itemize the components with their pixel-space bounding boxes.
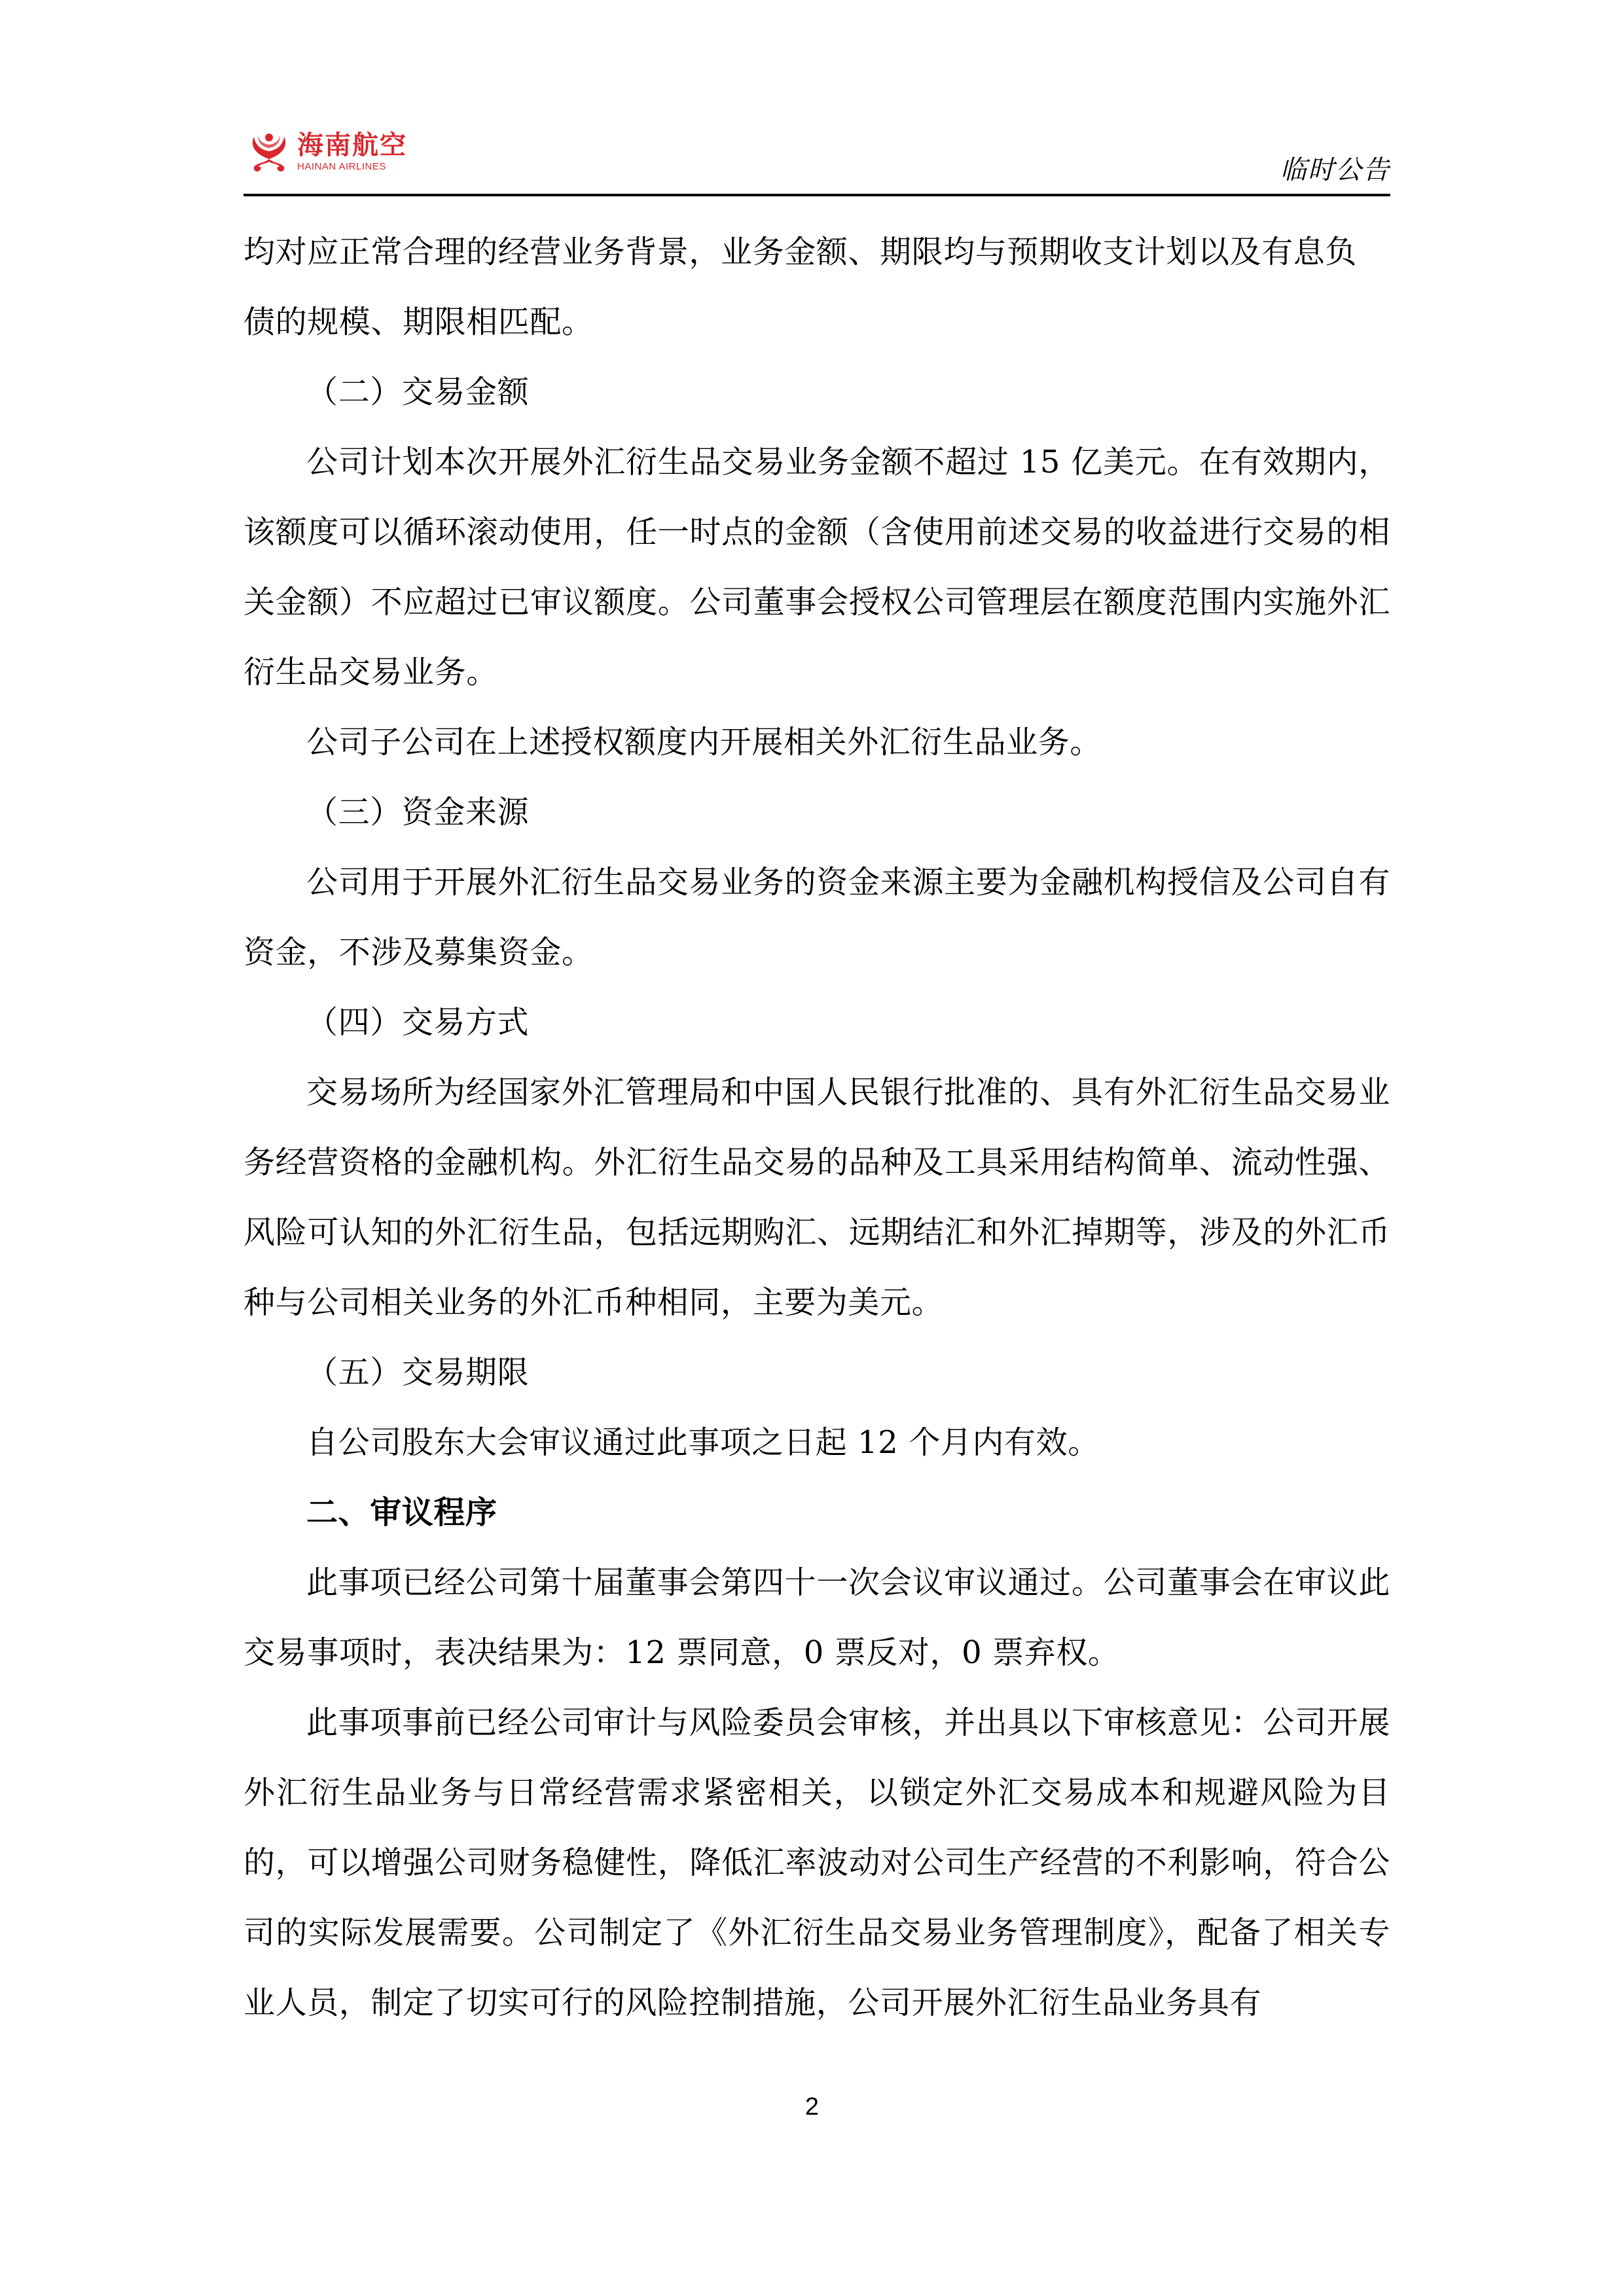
- paragraph: 公司子公司在上述授权额度内开展相关外汇衍生品业务。: [244, 708, 1390, 778]
- subsection-heading-amount: （二）交易金额: [244, 357, 1390, 427]
- document-type-label: 临时公告: [1280, 149, 1390, 187]
- paragraph: 交易场所为经国家外汇管理局和中国人民银行批准的、具有外汇衍生品交易业务经营资格的…: [244, 1058, 1390, 1338]
- page-number: 2: [0, 2093, 1624, 2121]
- logo-name-en: HAINAN AIRLINES: [297, 162, 407, 171]
- subsection-funding-source-body: 公司用于开展外汇衍生品交易业务的资金来源主要为金融机构授信及公司自有资金，不涉及…: [244, 848, 1390, 988]
- logo-name-cn: 海南航空: [297, 132, 407, 158]
- paragraph: 公司用于开展外汇衍生品交易业务的资金来源主要为金融机构授信及公司自有资金，不涉及…: [244, 848, 1390, 988]
- subsection-heading-funding-source: （三）资金来源: [244, 778, 1390, 848]
- subsection-heading-term: （五）交易期限: [244, 1338, 1390, 1408]
- header-divider: [244, 194, 1390, 196]
- subsection-amount-body: 公司计划本次开展外汇衍生品交易业务金额不超过 15 亿美元。在有效期内，该额度可…: [244, 427, 1390, 778]
- continuation-line: 均对应正常合理的经营业务背景，业务金额、期限均与预期收支计划以及有息负: [244, 217, 1390, 287]
- paragraph: 此事项已经公司第十届董事会第四十一次会议审议通过。公司董事会在审议此交易事项时，…: [244, 1548, 1390, 1688]
- hainan-airlines-emblem-icon: [249, 130, 289, 173]
- subsection-trading-method-body: 交易场所为经国家外汇管理局和中国人民银行批准的、具有外汇衍生品交易业务经营资格的…: [244, 1058, 1390, 1338]
- hainan-airlines-logo: 海南航空 HAINAN AIRLINES: [249, 130, 419, 174]
- subsection-term-body: 自公司股东大会审议通过此事项之日起 12 个月内有效。: [244, 1408, 1390, 1478]
- subsection-heading-trading-method: （四）交易方式: [244, 988, 1390, 1058]
- paragraph: 此事项事前已经公司审计与风险委员会审核，并出具以下审核意见：公司开展外汇衍生品业…: [244, 1688, 1390, 2038]
- paragraph: 公司计划本次开展外汇衍生品交易业务金额不超过 15 亿美元。在有效期内，该额度可…: [244, 427, 1390, 708]
- page-header: 海南航空 HAINAN AIRLINES 临时公告: [244, 118, 1390, 196]
- section-heading-review-procedure: 二、审议程序: [244, 1478, 1390, 1548]
- paragraph: 自公司股东大会审议通过此事项之日起 12 个月内有效。: [244, 1408, 1390, 1478]
- section-review-procedure-body: 此事项已经公司第十届董事会第四十一次会议审议通过。公司董事会在审议此交易事项时，…: [244, 1548, 1390, 2038]
- continuation-line: 债的规模、期限相匹配。: [244, 287, 1390, 357]
- document-body: 均对应正常合理的经营业务背景，业务金额、期限均与预期收支计划以及有息负 债的规模…: [244, 217, 1390, 2038]
